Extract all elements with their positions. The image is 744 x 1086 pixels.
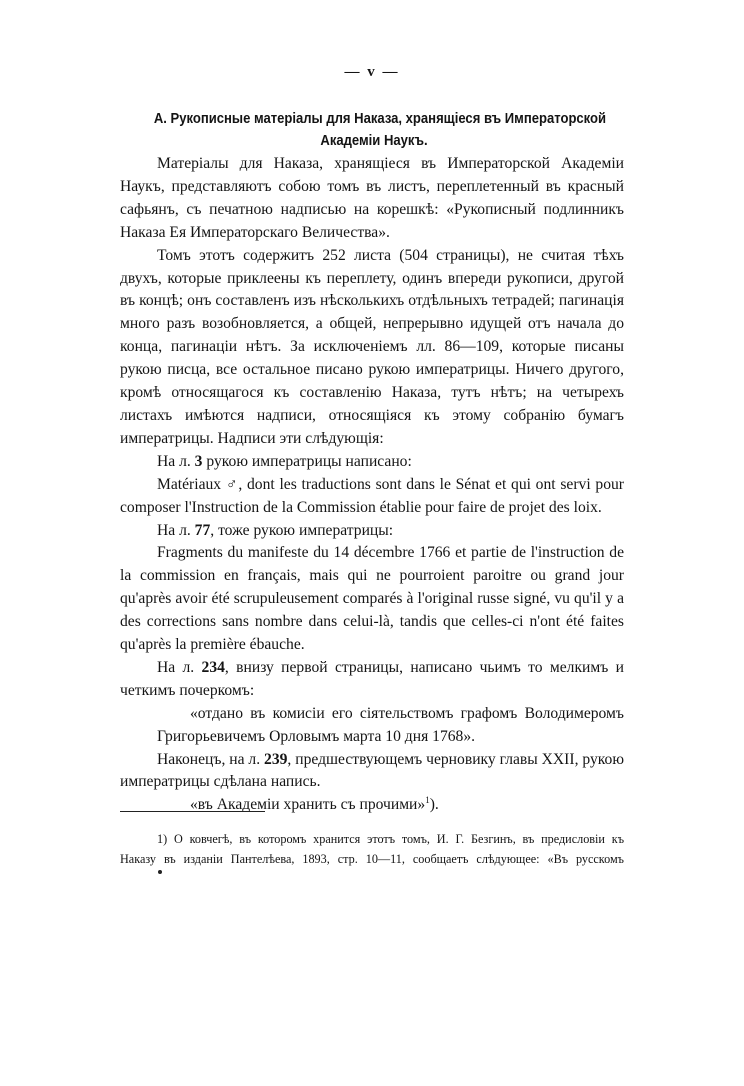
section-heading-line-2: Академіи Наукъ. bbox=[154, 130, 594, 152]
leaf-prefix: На л. bbox=[157, 522, 195, 539]
quote-academy: «въ Академіи хранить съ прочими»1). bbox=[120, 794, 624, 817]
leaf-ref: 77 bbox=[195, 522, 211, 539]
leaf-suffix: рукою императрицы написано: bbox=[202, 453, 411, 470]
paragraph-volume: Томъ этотъ содержитъ 252 листа (504 стра… bbox=[120, 245, 624, 451]
paragraph-materials: Матеріалы для Наказа, хранящіеся въ Импе… bbox=[120, 153, 624, 245]
footnote-line-1: 1) О ковчегѣ, въ которомъ хранится этотъ… bbox=[120, 829, 624, 849]
quote-orlov: «отдано въ комисіи его сіятельствомъ гра… bbox=[120, 703, 624, 749]
footnote: 1) О ковчегѣ, въ которомъ хранится этотъ… bbox=[120, 829, 624, 869]
paragraph-french-inscription-1: Matériaux ♂, dont les traductions sont d… bbox=[120, 474, 624, 520]
leaf-ref: 234 bbox=[202, 659, 225, 676]
paragraph-leaf-3: На л. 3 рукою императрицы написано: bbox=[120, 451, 624, 474]
bullet-dot-icon bbox=[158, 870, 162, 874]
quote-academy-tail: ). bbox=[430, 796, 439, 813]
section-heading-line-1: А. Рукописные матеріалы для Наказа, хран… bbox=[154, 108, 594, 130]
paragraph-french-inscription-2: Fragments du manifeste du 14 décembre 17… bbox=[120, 542, 624, 657]
section-heading: А. Рукописные матеріалы для Наказа, хран… bbox=[154, 108, 594, 152]
footnote-line-2: Наказу въ изданіи Пантелѣева, 1893, стр.… bbox=[120, 849, 624, 869]
paragraph-leaf-239: Наконецъ, на л. 239, предшествующемъ чер… bbox=[120, 749, 624, 795]
leaf-ref: 239 bbox=[264, 751, 287, 768]
leaf-prefix: На л. bbox=[157, 659, 202, 676]
leaf-suffix: , тоже рукою императрицы: bbox=[210, 522, 393, 539]
leaf-prefix: На л. bbox=[157, 453, 195, 470]
body-text: Матеріалы для Наказа, хранящіеся въ Импе… bbox=[120, 153, 624, 817]
paragraph-leaf-77: На л. 77, тоже рукою императрицы: bbox=[120, 520, 624, 543]
page-number: — v — bbox=[0, 64, 744, 81]
paragraph-leaf-234: На л. 234, внизу первой страницы, написа… bbox=[120, 657, 624, 703]
footnote-divider bbox=[120, 811, 265, 812]
leaf-prefix: Наконецъ, на л. bbox=[157, 751, 264, 768]
